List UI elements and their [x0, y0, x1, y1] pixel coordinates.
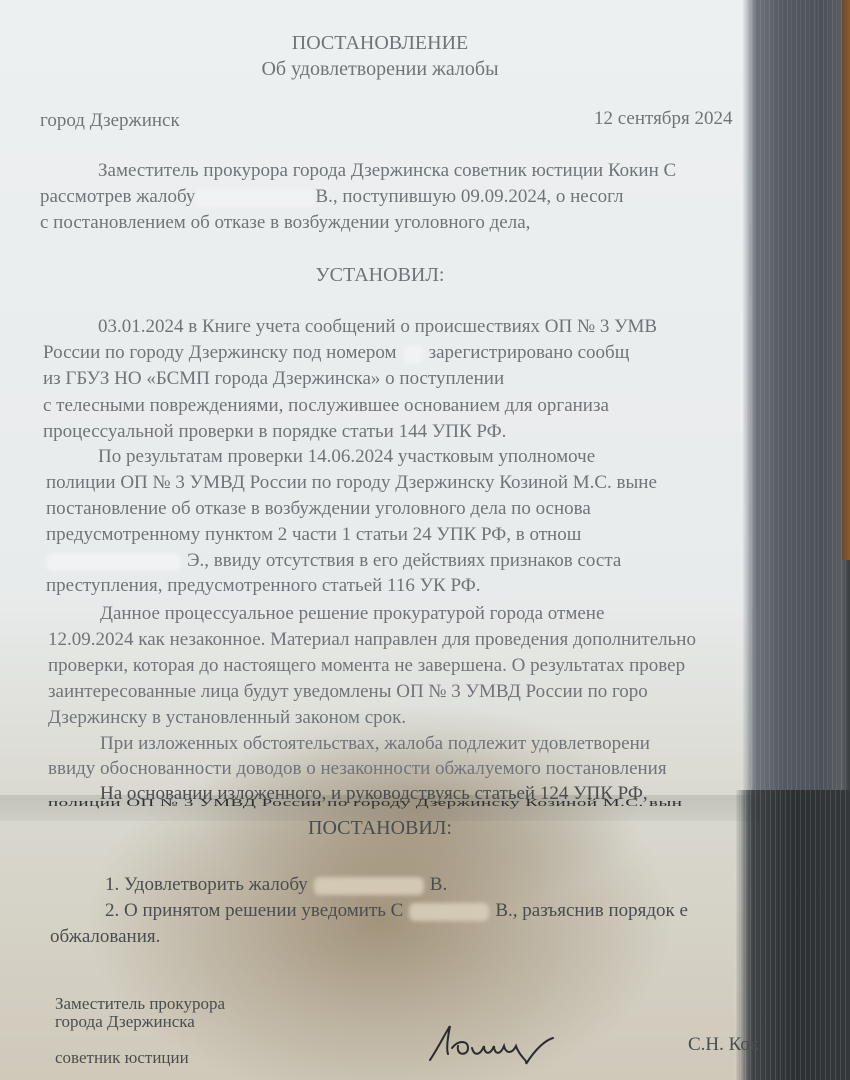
body-line: заинтересованные лица будут уведомлены О…	[48, 681, 648, 703]
decided-heading: ПОСТАНОВИЛ:	[0, 817, 760, 840]
body-line: из ГБУЗ НО «БСМП города Дзержинска» о по…	[43, 368, 504, 390]
intro-line-2a: рассмотрев жалобу	[40, 186, 195, 207]
redacted-name	[46, 553, 181, 571]
intro-line-1: Заместитель прокурора города Дзержинска …	[98, 160, 676, 182]
redacted-number	[403, 345, 423, 363]
decision-2-cont: обжалования.	[50, 926, 160, 948]
decision-2-text: 2. О принятом решении уведомить С	[105, 900, 403, 921]
city: город Дзержинск	[40, 110, 180, 132]
body-line: 12.09.2024 как незаконное. Материал напр…	[48, 629, 696, 651]
body-line: При изложенных обстоятельствах, жалоба п…	[100, 733, 650, 755]
decision-1: 1. Удовлетворить жалобуВ.	[105, 874, 447, 896]
redacted-name	[409, 903, 489, 921]
handwritten-signature-icon	[428, 1018, 588, 1068]
signer-rank: советник юстиции	[55, 1048, 189, 1068]
decision-1-suffix: В.	[430, 874, 447, 895]
body-line-part: зарегистрировано сообщ	[429, 342, 630, 363]
body-line: преступления, предусмотренного статьей 1…	[46, 575, 480, 597]
body-line: Данное процессуальное решение прокуратур…	[100, 603, 604, 625]
decision-2-suffix: В., разъяснив порядок е	[495, 900, 688, 921]
body-line: постановление об отказе в возбуждении уг…	[46, 498, 591, 520]
body-line: Дзержинску в установленный законом срок.	[48, 707, 406, 729]
bleed-through-text: полиции ОП № 3 УМВД России по городу Дзе…	[48, 797, 682, 809]
body-line: процессуальной проверки в порядке статьи…	[43, 421, 506, 443]
body-line: 03.01.2024 в Книге учета сообщений о про…	[98, 316, 657, 338]
document-title: ПОСТАНОВЛЕНИЕ	[0, 32, 760, 55]
decision-1-text: 1. Удовлетворить жалобу	[105, 874, 308, 895]
body-line: с телесными повреждениями, послужившее о…	[43, 395, 609, 417]
intro-line-2: рассмотрев жалобуВ., поступившую 09.09.2…	[40, 186, 623, 208]
established-heading: УСТАНОВИЛ:	[0, 264, 760, 287]
body-line: Э., ввиду отсутствия в его действиях при…	[46, 550, 621, 572]
document-date: 12 сентября 2024	[594, 108, 732, 130]
body-line: ввиду обоснованности доводов о незаконно…	[48, 758, 667, 780]
redacted-name	[195, 189, 315, 207]
table-edge	[842, 0, 850, 560]
body-line-part: Э., ввиду отсутствия в его действиях при…	[187, 550, 621, 571]
body-line: России по городу Дзержинску под номеромз…	[43, 342, 629, 364]
body-line-part: России по городу Дзержинску под номером	[43, 342, 397, 363]
redacted-name	[314, 877, 424, 895]
intro-line-3: с постановлением об отказе в возбуждении…	[40, 212, 530, 234]
document-subtitle: Об удовлетворении жалобы	[0, 58, 760, 81]
body-line: полиции ОП № 3 УМВД России по городу Дзе…	[46, 472, 657, 494]
decision-2: 2. О принятом решении уведомить СВ., раз…	[105, 900, 688, 922]
signer-position-1: Заместитель прокурора	[55, 994, 225, 1014]
signer-position-2: города Дзержинска	[55, 1012, 195, 1032]
intro-line-2b: В., поступившую 09.09.2024, о несогл	[315, 186, 623, 207]
signer-name: С.Н. Кок	[688, 1034, 759, 1056]
body-line: предусмотренному пунктом 2 части 1 стать…	[46, 524, 581, 546]
body-line: проверки, которая до настоящего момента …	[48, 655, 685, 677]
body-line: По результатам проверки 14.06.2024 участ…	[98, 446, 595, 468]
